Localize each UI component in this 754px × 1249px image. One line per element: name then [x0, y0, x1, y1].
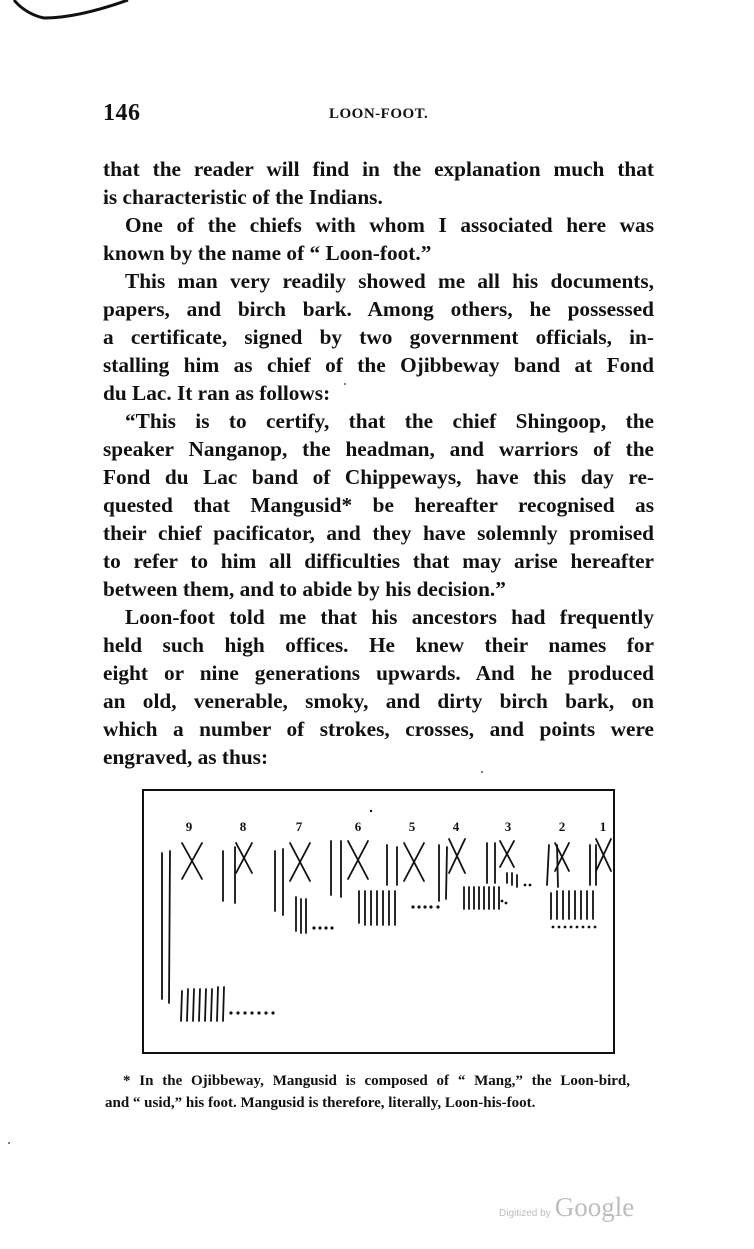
text-line: Fond du Lac band of Chippeways, have thi… — [103, 463, 654, 491]
generation-label: 8 — [240, 819, 247, 834]
text-line: engraved, as thus: — [103, 743, 654, 771]
text-line: held such high offices. He knew their na… — [103, 631, 654, 659]
running-title: LOON-FOOT. — [329, 106, 428, 123]
text-line: Loon-foot told me that his ancestors had… — [103, 603, 654, 631]
text-line: One of the chiefs with whom I associated… — [103, 211, 654, 239]
digitized-by-google-watermark: Digitized by Google — [499, 1192, 634, 1223]
footnote-line: and “ usid,” his foot. Mangusid is there… — [105, 1092, 630, 1114]
footnote: * In the Ojibbeway, Mangusid is composed… — [105, 1070, 630, 1114]
running-head: 146 LOON-FOOT. — [103, 100, 658, 130]
text-line: that the reader will find in the explana… — [103, 155, 654, 183]
birch-bark-engraving: 9 8 7 6 5 4 3 2 1 — [144, 791, 614, 1053]
text-line: to refer to him all difficulties that ma… — [103, 547, 654, 575]
generation-label: 2 — [559, 819, 566, 834]
watermark-prefix: Digitized by — [499, 1208, 551, 1219]
text-line: “This is to certify, that the chief Shin… — [103, 407, 654, 435]
birch-bark-figure: 9 8 7 6 5 4 3 2 1 — [142, 789, 615, 1054]
text-line: quested that Mangusid* be hereafter reco… — [103, 491, 654, 519]
generation-label: 6 — [355, 819, 362, 834]
scan-speck — [481, 771, 483, 773]
page-number: 146 — [103, 100, 141, 127]
text-line: a certificate, signed by two government … — [103, 323, 654, 351]
generation-label: 5 — [409, 819, 416, 834]
scan-edge-mark — [0, 0, 140, 30]
generation-label: 9 — [186, 819, 193, 834]
text-line: is characteristic of the Indians. — [103, 183, 654, 211]
google-logo: Google — [555, 1192, 634, 1222]
generation-label: 1 — [600, 819, 607, 834]
body-text: that the reader will find in the explana… — [103, 155, 654, 771]
scan-speck — [344, 383, 346, 385]
text-line: speaker Nanganop, the headman, and warri… — [103, 435, 654, 463]
text-line: du Lac. It ran as follows: — [103, 379, 654, 407]
text-line: an old, venerable, smoky, and dirty birc… — [103, 687, 654, 715]
footnote-line: * In the Ojibbeway, Mangusid is composed… — [105, 1070, 630, 1092]
text-line: which a number of strokes, crosses, and … — [103, 715, 654, 743]
text-line: This man very readily showed me all his … — [103, 267, 654, 295]
text-line: known by the name of “ Loon-foot.” — [103, 239, 654, 267]
text-line: stalling him as chief of the Ojibbeway b… — [103, 351, 654, 379]
text-line: papers, and birch bark. Among others, he… — [103, 295, 654, 323]
text-line: eight or nine generations upwards. And h… — [103, 659, 654, 687]
text-line: their chief pacificator, and they have s… — [103, 519, 654, 547]
generation-label: 7 — [296, 819, 303, 834]
generation-label: 4 — [453, 819, 460, 834]
text-line: between them, and to abide by his decisi… — [103, 575, 654, 603]
scan-speck — [8, 1142, 10, 1144]
generation-label: 3 — [505, 819, 512, 834]
